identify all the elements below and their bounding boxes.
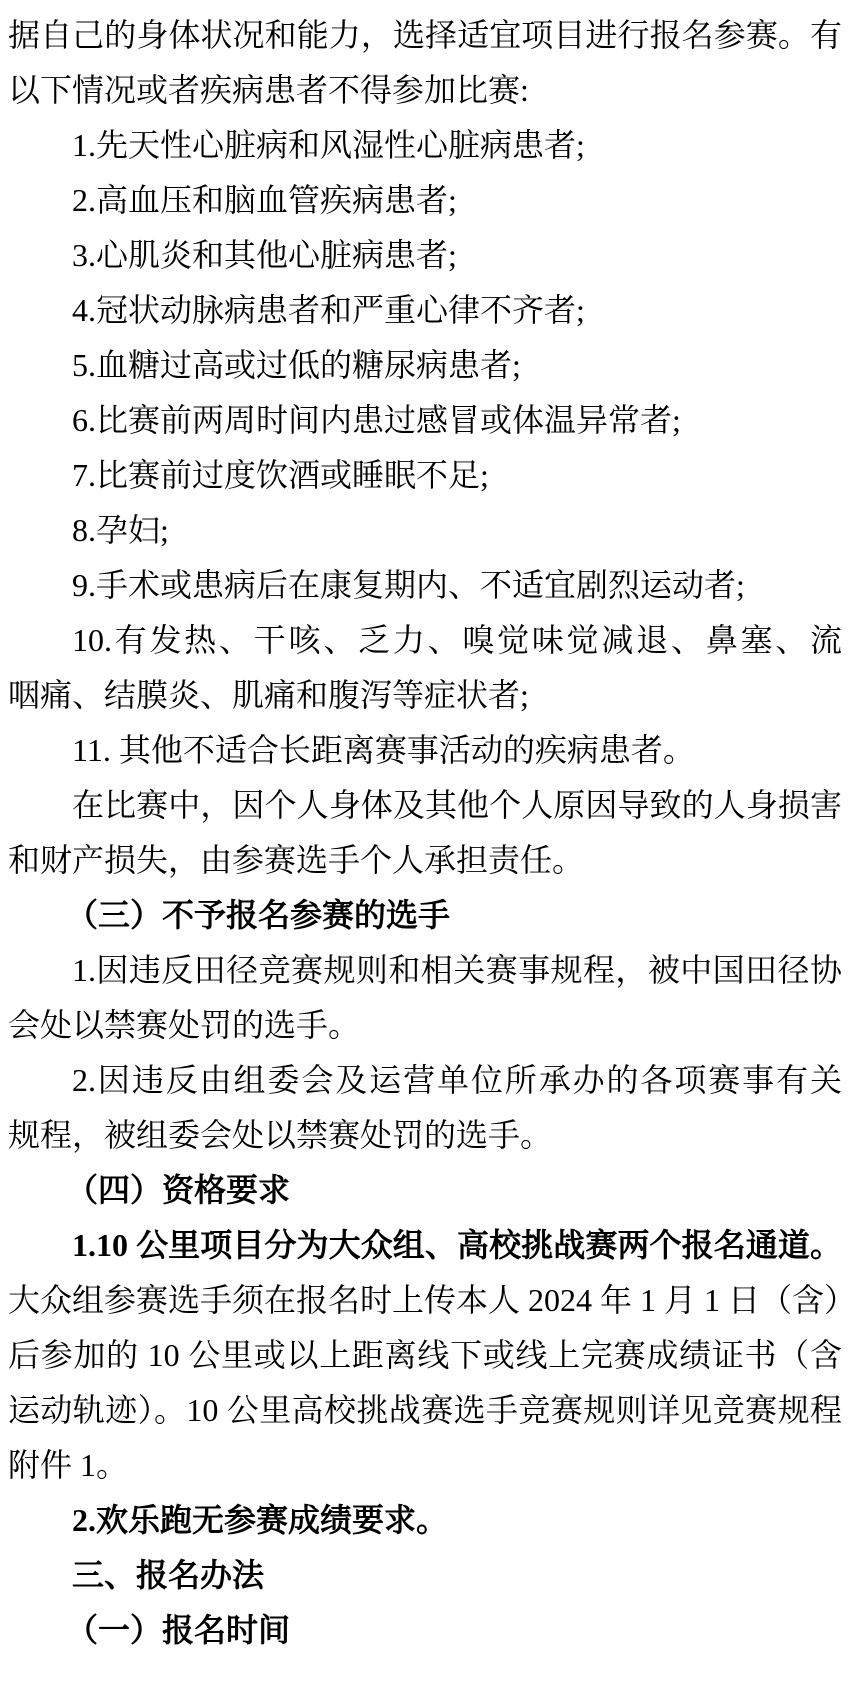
paragraph-line: 以下情况或者疾病患者不得参加比赛:	[8, 63, 842, 118]
paragraph-line: 规程，被组委会处以禁赛处罚的选手。	[8, 1108, 842, 1163]
list-item-10: 10.有发热、干咳、乏力、嗅觉味觉减退、鼻塞、流涕、	[8, 613, 842, 668]
paragraph-line: 会处以禁赛处罚的选手。	[8, 998, 842, 1053]
paragraph-line: 附件 1。	[8, 1438, 842, 1493]
paragraph-line: 在比赛中，因个人身体及其他个人原因导致的人身损害	[8, 778, 842, 833]
list-item-8: 8.孕妇;	[8, 503, 842, 558]
list-item-9: 9.手术或患病后在康复期内、不适宜剧烈运动者;	[8, 558, 842, 613]
list-item-11: 11. 其他不适合长距离赛事活动的疾病患者。	[8, 723, 842, 778]
list-item-5: 5.血糖过高或过低的糖尿病患者;	[8, 338, 842, 393]
paragraph-line: 后参加的 10 公里或以上距离线下或线上完赛成绩证书（含	[8, 1328, 842, 1383]
paragraph-line: 运动轨迹）。10 公里高校挑战赛选手竞赛规则详见竞赛规程	[8, 1383, 842, 1438]
paragraph-line: 1.因违反田径竞赛规则和相关赛事规程，被中国田径协	[8, 943, 842, 998]
list-item-1: 1.先天性心脏病和风湿性心脏病患者;	[8, 118, 842, 173]
document-page: 据自己的身体状况和能力，选择适宜项目进行报名参赛。有 以下情况或者疾病患者不得参…	[0, 0, 850, 1684]
subheading-line: 1.10 公里项目分为大众组、高校挑战赛两个报名通道。	[8, 1218, 842, 1273]
list-item-10-cont: 咽痛、结膜炎、肌痛和腹泻等症状者;	[8, 668, 842, 723]
paragraph-line: 大众组参赛选手须在报名时上传本人 2024 年 1 月 1 日（含）	[8, 1273, 842, 1328]
section-heading-3: （三）不予报名参赛的选手	[8, 888, 842, 943]
subheading-line: 2.欢乐跑无参赛成绩要求。	[8, 1493, 842, 1548]
paragraph-line: 据自己的身体状况和能力，选择适宜项目进行报名参赛。有	[8, 8, 842, 63]
section-heading-1: （一）报名时间	[8, 1603, 842, 1658]
list-item-7: 7.比赛前过度饮酒或睡眠不足;	[8, 448, 842, 503]
section-heading-4: （四）资格要求	[8, 1163, 842, 1218]
list-item-2: 2.高血压和脑血管疾病患者;	[8, 173, 842, 228]
chapter-heading-3: 三、报名办法	[8, 1548, 842, 1603]
list-item-3: 3.心肌炎和其他心脏病患者;	[8, 228, 842, 283]
list-item-4: 4.冠状动脉病患者和严重心律不齐者;	[8, 283, 842, 338]
list-item-6: 6.比赛前两周时间内患过感冒或体温异常者;	[8, 393, 842, 448]
paragraph-line: 和财产损失，由参赛选手个人承担责任。	[8, 833, 842, 888]
paragraph-line: 2.因违反由组委会及运营单位所承办的各项赛事有关	[8, 1053, 842, 1108]
